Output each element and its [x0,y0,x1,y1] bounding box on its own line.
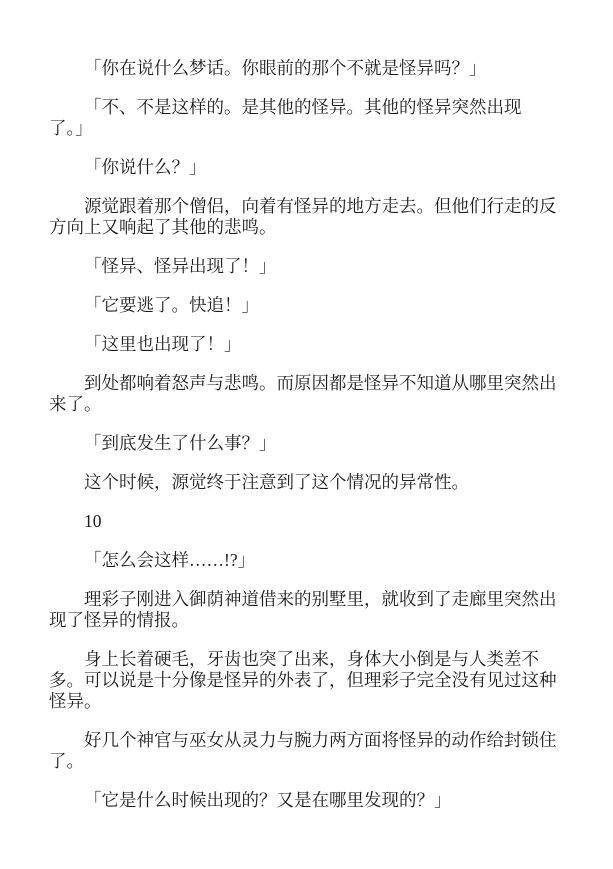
paragraph: 好几个神官与巫女从灵力与腕力两方面将怪异的动作给封锁住了。 [49,730,573,772]
text-line: 源觉跟着那个僧侣，向着有怪异的地方走去。但他们行走的反 [49,196,573,217]
paragraph: 「这里也出现了！」 [49,334,573,355]
text-line: 「你在说什么梦话。你眼前的那个不就是怪异吗？」 [49,58,573,79]
paragraph: 「怪异、怪异出现了！」 [49,256,573,277]
novel-page: 「你在说什么梦话。你眼前的那个不就是怪异吗？」「不、不是这样的。是其他的怪异。其… [0,0,613,869]
text-line: 身上长着硬毛，牙齿也突了出来，身体大小倒是与人类差不 [49,649,573,670]
paragraph: 源觉跟着那个僧侣，向着有怪异的地方走去。但他们行走的反方向上又响起了其他的悲鸣。 [49,196,573,238]
text-line: 「不、不是这样的。是其他的怪异。其他的怪异突然出现 [49,97,573,118]
text-line: 现了怪异的情报。 [49,610,573,631]
paragraph: 「怎么会这样……!?」 [49,550,573,571]
text-line: 「它是什么时候出现的？又是在哪里发现的？」 [49,790,573,811]
text-line: 方向上又响起了其他的悲鸣。 [49,217,573,238]
text-line: 「怪异、怪异出现了！」 [49,256,573,277]
text-line: 「怎么会这样……!?」 [49,550,573,571]
paragraph: 这个时候，源觉终于注意到了这个情况的异常性。 [49,472,573,493]
text-line: 「你说什么？」 [49,157,573,178]
paragraph: 「你在说什么梦话。你眼前的那个不就是怪异吗？」 [49,58,573,79]
paragraph: 理彩子刚进入御荫神道借来的别墅里，就收到了走廊里突然出现了怪异的情报。 [49,589,573,631]
text-line: 了。」 [49,118,573,139]
text-line: 「这里也出现了！」 [49,334,573,355]
text-line: 到处都响着怒声与悲鸣。而原因都是怪异不知道从哪里突然出 [49,373,573,394]
paragraph: 「它要逃了。快追！」 [49,295,573,316]
paragraph: 身上长着硬毛，牙齿也突了出来，身体大小倒是与人类差不多。可以说是十分像是怪异的外… [49,649,573,712]
paragraph: 到处都响着怒声与悲鸣。而原因都是怪异不知道从哪里突然出来了。 [49,373,573,415]
text-line: 了。 [49,751,573,772]
novel-text-content: 「你在说什么梦话。你眼前的那个不就是怪异吗？」「不、不是这样的。是其他的怪异。其… [0,0,613,811]
paragraph: 「不、不是这样的。是其他的怪异。其他的怪异突然出现了。」 [49,97,573,139]
paragraph: 「你说什么？」 [49,157,573,178]
text-line: 多。可以说是十分像是怪异的外表了，但理彩子完全没有见过这种 [49,670,573,691]
paragraph: 「到底发生了什么事？」 [49,433,573,454]
section-number: 10 [49,511,573,532]
text-line: 来了。 [49,394,573,415]
text-line: 10 [49,511,573,532]
text-line: 怪异。 [49,691,573,712]
text-line: 「它要逃了。快追！」 [49,295,573,316]
text-line: 理彩子刚进入御荫神道借来的别墅里，就收到了走廊里突然出 [49,589,573,610]
text-line: 这个时候，源觉终于注意到了这个情况的异常性。 [49,472,573,493]
text-line: 好几个神官与巫女从灵力与腕力两方面将怪异的动作给封锁住 [49,730,573,751]
paragraph: 「它是什么时候出现的？又是在哪里发现的？」 [49,790,573,811]
text-line: 「到底发生了什么事？」 [49,433,573,454]
